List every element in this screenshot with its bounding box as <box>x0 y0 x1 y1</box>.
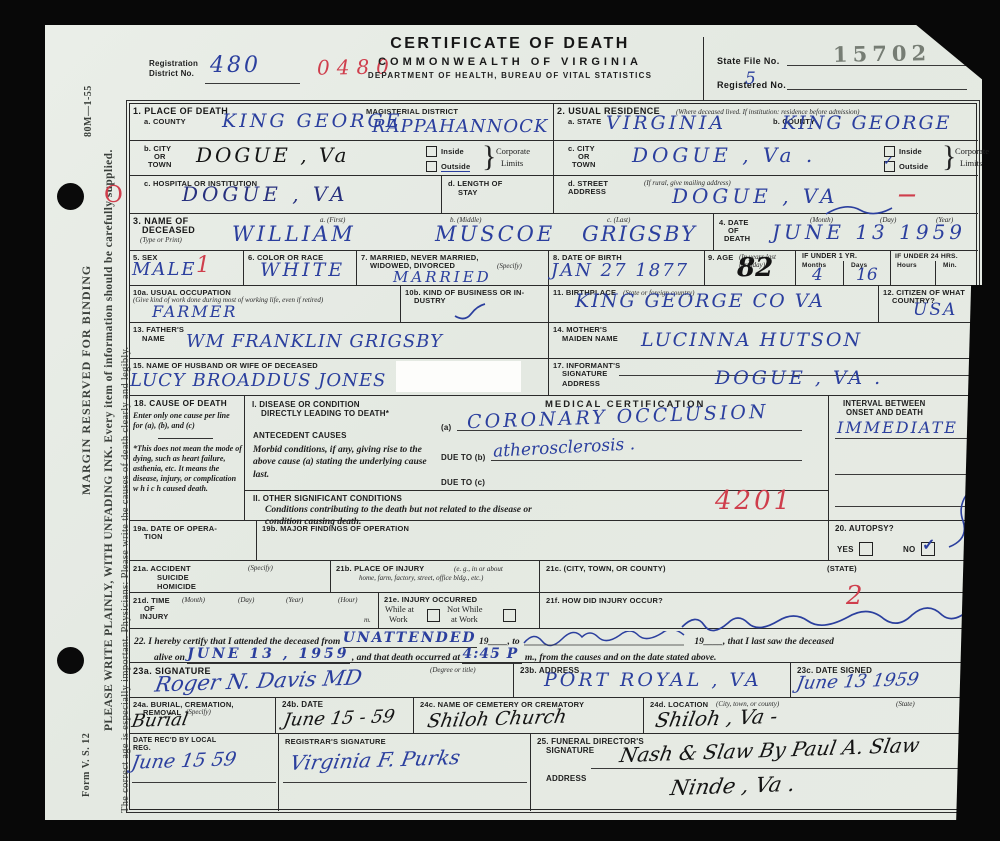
months-value: 4 <box>812 265 823 285</box>
registered-value: 5 <box>745 69 756 89</box>
min-label: Min. <box>943 262 957 270</box>
field-place-of-injury: 21b. PLACE OF INJURY (e. g., in or about… <box>331 561 540 593</box>
field-birthplace: 11. BIRTHPLACE (State or foreign country… <box>549 286 879 323</box>
field-medical-certification: MEDICAL CERTIFICATION I. DISEASE OR COND… <box>245 396 829 521</box>
city-label-town: TOWN <box>148 160 172 169</box>
outside-checkbox <box>426 161 437 172</box>
funeral-director-signature: Nash & Slaw By Paul A. Slaw <box>618 733 922 767</box>
injury-month-label: (Month) <box>182 596 205 604</box>
field-time-of-injury: 21d. TIME OF INJURY (Month) (Day) (Year)… <box>130 593 379 629</box>
field-date-of-birth: 8. DATE OF BIRTH JAN 27 1877 <box>549 251 705 286</box>
mother-value: LUCINNA HUTSON <box>641 329 862 351</box>
injury-hour-label: (Hour) <box>338 596 357 604</box>
how-injury-label: 21f. HOW DID INJURY OCCUR? <box>546 596 663 605</box>
field-sex: 5. SEX MALE 1 <box>130 251 244 286</box>
residence-state-value: VIRGINIA <box>606 112 726 134</box>
field-burial-type: 24a. BURIAL, CREMATION, REMOVAL (Specify… <box>130 698 276 734</box>
under-1yr-divider <box>843 261 844 286</box>
injury-state-label: (STATE) <box>827 564 857 573</box>
field-mother-name: 14. MOTHER'S MAIDEN NAME LUCINNA HUTSON <box>549 323 978 359</box>
code-4201-stamp: 4201 <box>715 486 793 516</box>
operation-date-label2: TION <box>144 532 163 541</box>
field-citizen: 12. CITIZEN OF WHAT COUNTRY? USA <box>879 286 978 323</box>
field-length-of-stay: d. LENGTH OF STAY <box>442 176 554 214</box>
certify-text-aliveon: alive on <box>154 653 185 663</box>
registration-district-value: 480 <box>210 53 261 78</box>
res-limits-label: Limits <box>960 158 982 169</box>
certificate-title: CERTIFICATE OF DEATH <box>335 35 685 53</box>
punch-hole-top <box>57 183 84 210</box>
cause-b-label: DUE TO (b) <box>441 453 486 463</box>
under-24hrs-label: IF UNDER 24 HRS. <box>895 253 958 261</box>
res-outside-checkmark: ✓ <box>883 154 894 169</box>
certify-text-lastsaw: , that I last saw the deceased <box>723 637 834 647</box>
certificate-paper: 80M—1-55 MARGIN RESERVED FOR BINDING For… <box>45 25 982 820</box>
field-name-of-deceased: 3. NAME OF DECEASED (Type or Print) a. (… <box>130 214 714 251</box>
cause-c-label: DUE TO (c) <box>441 478 485 488</box>
father-label: 13. FATHER'S <box>133 325 184 334</box>
other-conditions-label: II. OTHER SIGNIFICANT CONDITIONS <box>253 494 402 504</box>
place-of-injury-label: 21b. PLACE OF INJURY <box>336 564 424 573</box>
accident-label: 21a. ACCIDENT <box>133 564 191 573</box>
department-title: DEPARTMENT OF HEALTH, BUREAU OF VITAL ST… <box>335 71 685 80</box>
informant-address-label: ADDRESS <box>562 379 600 388</box>
field-cause-of-death-instructions: 18. CAUSE OF DEATH Enter only one cause … <box>130 396 245 521</box>
hospital-red-mark: O <box>104 182 123 208</box>
field-accident-suicide-homicide: 21a. ACCIDENT SUICIDE HOMICIDE (Specify) <box>130 561 331 593</box>
inside-checkbox <box>426 146 437 157</box>
street-red-mark: — <box>898 184 916 205</box>
name-heading2: DECEASED <box>142 225 195 236</box>
field-cemetery: 24c. NAME OF CEMETERY OR CREMATORY Shilo… <box>414 698 644 734</box>
cemetery-value: Shiloh Church <box>426 706 569 733</box>
burial-location-value: Shiloh , Va - <box>653 704 779 732</box>
res-city-label-town: TOWN <box>572 160 596 169</box>
mother-label: 14. MOTHER'S <box>553 325 607 334</box>
certify-time-value: 4:45 P <box>462 645 522 664</box>
field-residence-city: c. CITY OR TOWN DOGUE , Va . Inside ✓ Ou… <box>554 141 978 176</box>
res-corporate-label: Corporate <box>955 146 989 157</box>
field-physician-signature: 23a. SIGNATURE (Degree or title) Roger N… <box>130 663 514 698</box>
under-1yr-label: IF UNDER 1 YR. <box>802 253 857 261</box>
certificate-form: 1. PLACE OF DEATH a. COUNTY MAGISTERIAL … <box>129 103 977 810</box>
days-value: 16 <box>856 265 878 285</box>
pen-stroke <box>453 302 487 322</box>
burial-date-value: June 15 - 59 <box>282 706 397 731</box>
field-date-received: DATE REC'D BY LOCAL REG. June 15 59 <box>130 734 279 811</box>
pen-scrawl-certify <box>522 631 692 647</box>
residence-city-value: DOGUE , Va . <box>632 143 816 167</box>
spouse-value: LUCY BROADDUS JONES <box>130 370 386 391</box>
whiteout-box <box>396 361 521 392</box>
certify-text-occurred: , and that death occurred at <box>352 653 460 663</box>
cause-divider <box>158 438 213 439</box>
binding-notice: MARGIN RESERVED FOR BINDING <box>79 265 94 495</box>
injury-red-mark: 2 <box>846 581 863 611</box>
cause-a-value: CORONARY OCCLUSION <box>467 401 769 434</box>
field-marital-status: 7. MARRIED, NEVER MARRIED, WIDOWED, DIVO… <box>357 251 549 286</box>
res-inside-label: Inside <box>899 147 922 156</box>
occupation-value: FARMER <box>152 302 237 321</box>
city-value: DOGUE , Va <box>196 143 349 167</box>
burial-type-value: Burial <box>130 709 190 732</box>
corporate-label: Corporate <box>496 146 530 157</box>
injury-year-label: (Year) <box>286 596 303 604</box>
field-date-of-operation: 19a. DATE OF OPERA- TION <box>130 521 257 561</box>
punch-hole-bottom <box>57 647 84 674</box>
field-business-industry: 10b. KIND OF BUSINESS OR IN- DUSTRY <box>401 286 549 323</box>
business-label2: DUSTRY <box>414 296 446 305</box>
state-file-value: 15702 <box>833 40 931 67</box>
injury-occurred-label: 21e. INJURY OCCURRED <box>384 595 477 604</box>
while-at-work-checkbox <box>427 609 440 622</box>
first-name-value: WILLIAM <box>232 222 356 246</box>
autopsy-label: 20. AUTOPSY? <box>835 524 894 534</box>
antecedent-label: ANTECEDENT CAUSES <box>253 431 347 441</box>
length-of-stay-label2: STAY <box>458 188 478 197</box>
mother-label2: MAIDEN NAME <box>562 334 618 343</box>
certify-from-value: UNATTENDED <box>343 629 477 648</box>
length-of-stay-label: d. LENGTH OF <box>448 179 502 188</box>
hours-label: Hours <box>897 262 917 270</box>
cause-instruction: Enter only one cause per line for (a), (… <box>133 411 241 431</box>
injury-day-label: (Day) <box>238 596 254 604</box>
registrar-signature-label: REGISTRAR'S SIGNATURE <box>285 737 386 746</box>
marital-note: (Specify) <box>497 262 522 270</box>
not-while-at-work-checkbox <box>503 609 516 622</box>
field-hospital: c. HOSPITAL OR INSTITUTION O DOGUE , VA <box>130 176 442 214</box>
funeral-address-label: ADDRESS <box>546 774 587 784</box>
registrar-signature-value: Virginia F. Purks <box>288 745 462 775</box>
inside-label: Inside <box>441 147 464 156</box>
spouse-label: 15. NAME OF HUSBAND OR WIFE OF DECEASED <box>133 361 318 370</box>
race-value: WHITE <box>260 259 345 281</box>
field-date-of-death: 4. DATE OF DEATH (Month) (Day) (Year) JU… <box>714 214 978 251</box>
field-certify-statement: 22. I hereby certify that I attended the… <box>130 629 978 663</box>
date-signed-value: June 13 1959 <box>795 669 921 694</box>
street-value: DOGUE , VA <box>672 184 838 208</box>
dob-value: JAN 27 1877 <box>551 260 689 281</box>
pen-scrawl <box>824 204 894 218</box>
under-24hrs-divider <box>935 261 936 286</box>
age-label: 9. AGE <box>708 253 734 262</box>
cause-a-label: (a) <box>441 423 451 433</box>
place-of-injury-note2: home, farm, factory, street, office bldg… <box>359 574 483 582</box>
field-place-of-death-city: b. CITY OR TOWN DOGUE , Va Inside Outsid… <box>130 141 554 176</box>
outside-label: Outside <box>441 162 470 172</box>
autopsy-yes-label: YES <box>837 545 854 555</box>
disease-label2: DIRECTLY LEADING TO DEATH* <box>261 409 389 419</box>
county-label: a. COUNTY <box>144 117 186 126</box>
field-funeral-director: 25. FUNERAL DIRECTOR'S SIGNATURE Nash & … <box>531 734 978 811</box>
age-value: 82 <box>737 253 773 283</box>
field-place-of-death-county: 1. PLACE OF DEATH a. COUNTY MAGISTERIAL … <box>130 104 554 141</box>
interval-label2: ONSET AND DEATH <box>846 408 923 417</box>
middle-name-value: MUSCOE <box>435 222 555 246</box>
certify-alive-value: JUNE 13 , 1959 <box>187 645 349 664</box>
accident-specify-note: (Specify) <box>248 564 273 572</box>
field-physician-address: 23b. ADDRESS PORT ROYAL , VA <box>514 663 791 698</box>
informant-value: DOGUE , VA . <box>715 367 883 389</box>
form-number: Form V. S. 12 <box>81 733 92 797</box>
field-informant: 17. INFORMANT'S SIGNATURE ADDRESS DOGUE … <box>549 359 978 396</box>
state-label: a. STATE <box>568 117 601 126</box>
while-at-work-label2: Work <box>389 614 408 625</box>
homicide-label: HOMICIDE <box>157 582 196 591</box>
date-of-death-value: JUNE 13 1959 <box>772 220 966 244</box>
cause-heading: 18. CAUSE OF DEATH <box>134 399 227 409</box>
field-registrar-signature: REGISTRAR'S SIGNATURE Virginia F. Purks <box>279 734 531 811</box>
place-of-death-heading: 1. PLACE OF DEATH <box>133 106 228 117</box>
field-date-signed: 23c. DATE SIGNED June 13 1959 <box>791 663 978 698</box>
birthplace-value: KING GEORGE CO VA <box>575 290 825 312</box>
burial-location-state: (State) <box>896 700 915 708</box>
res-outside-label: Outside <box>899 162 928 171</box>
father-value: WM FRANKLIN GRIGSBY <box>186 331 443 352</box>
funeral-director-label2: SIGNATURE <box>546 746 594 756</box>
field-burial-location: 24d. LOCATION (City, town, or county) (S… <box>644 698 978 734</box>
sex-value: MALE <box>132 259 197 280</box>
last-name-value: GRIGSBY <box>582 222 697 246</box>
field-father-name: 13. FATHER'S NAME WM FRANKLIN GRIGSBY <box>130 323 549 359</box>
citizen-value: USA <box>913 300 957 320</box>
place-of-injury-note1: (e. g., in or about <box>454 565 503 573</box>
degree-title-note: (Degree or title) <box>430 666 476 674</box>
physician-address-value: PORT ROYAL , VA <box>544 669 762 691</box>
field-operation-findings: 19b. MAJOR FINDINGS OF OPERATION <box>257 521 829 561</box>
time-of-injury-label3: INJURY <box>140 612 168 621</box>
header-titles: CERTIFICATE OF DEATH COMMONWEALTH OF VIR… <box>335 35 685 80</box>
write-plainly-notice: PLEASE WRITE PLAINLY, WITH UNFADING INK.… <box>103 149 115 731</box>
field-autopsy: 20. AUTOPSY? YES NO ✓ <box>829 521 978 561</box>
date-of-death-label3: DEATH <box>724 234 750 243</box>
registration-district-label: RegistrationDistrict No. <box>149 59 198 78</box>
interval-label: INTERVAL BETWEEN <box>843 399 925 408</box>
field-if-under-24-hrs: IF UNDER 24 HRS. Hours Min. <box>891 251 978 286</box>
autopsy-no-label: NO <box>903 545 915 555</box>
cause-b-value: atherosclerosis . <box>493 434 636 461</box>
brace: } <box>482 142 496 172</box>
funeral-address-value: Ninde , Va . <box>668 772 797 800</box>
residence-county-value: KING GEORGE <box>782 112 952 134</box>
header-divider <box>703 37 704 101</box>
field-how-injury-occurred: 21f. HOW DID INJURY OCCUR? 2 <box>540 593 978 629</box>
state-file-label: State File No. <box>717 56 780 67</box>
field-occupation: 10a. USUAL OCCUPATION (Give kind of work… <box>130 286 401 323</box>
autopsy-no-checkmark: ✓ <box>922 535 935 554</box>
death-certificate-scan: 80M—1-55 MARGIN RESERVED FOR BINDING For… <box>0 0 1000 841</box>
injury-m-label: m. <box>364 616 371 624</box>
informant-label2: SIGNATURE <box>562 369 607 378</box>
field-residence-state-county: 2. USUAL RESIDENCE (Where deceased lived… <box>554 104 978 141</box>
field-injury-city: 21c. (CITY, TOWN, OR COUNTY) (STATE) <box>540 561 978 593</box>
field-spouse-name: 15. NAME OF HUSBAND OR WIFE OF DECEASED … <box>130 359 549 396</box>
operation-findings-label: 19b. MAJOR FINDINGS OF OPERATION <box>262 524 409 533</box>
morbid-note: Morbid conditions, if any, giving rise t… <box>253 444 433 481</box>
injury-city-label: 21c. (CITY, TOWN, OR COUNTY) <box>546 564 666 573</box>
field-if-under-1-yr: IF UNDER 1 YR. Months Days 4 16 <box>796 251 891 286</box>
cause-footnote: *This does not mean the mode of dying, s… <box>133 444 242 494</box>
suicide-label: SUICIDE <box>157 573 189 582</box>
limits-label: Limits <box>501 158 523 169</box>
date-received-value: June 15 59 <box>130 748 238 774</box>
father-label2: NAME <box>142 334 165 343</box>
field-street-address: d. STREET ADDRESS (If rural, give mailin… <box>554 176 978 214</box>
name-heading-note: (Type or Print) <box>140 236 182 244</box>
physician-signature-value: Roger N. Davis MD <box>153 665 364 696</box>
not-while-at-work-label2: at Work <box>451 614 478 625</box>
magisterial-district-value: RAPPAHANNOCK <box>372 116 548 137</box>
certify-text-19b: 19 <box>694 637 704 647</box>
autopsy-yes-checkbox <box>859 542 873 556</box>
interval-value: IMMEDIATE <box>837 418 958 437</box>
hospital-value: DOGUE , VA <box>182 182 348 206</box>
marital-value: MARRIED <box>393 268 492 286</box>
commonwealth-title: COMMONWEALTH OF VIRGINIA <box>335 56 685 68</box>
street-label2: ADDRESS <box>568 187 606 196</box>
field-injury-occurred: 21e. INJURY OCCURRED While at Work Not W… <box>379 593 540 629</box>
field-burial-date: 24b. DATE June 15 - 59 <box>276 698 414 734</box>
field-age: 9. AGE (In years last birthday) 82 <box>705 251 796 286</box>
stock-number: 80M—1-55 <box>83 85 94 137</box>
field-race: 6. COLOR OR RACE WHITE <box>244 251 357 286</box>
certify-text-tail: m., from the causes and on the date stat… <box>525 653 717 663</box>
sex-red-mark: 1 <box>196 253 210 278</box>
